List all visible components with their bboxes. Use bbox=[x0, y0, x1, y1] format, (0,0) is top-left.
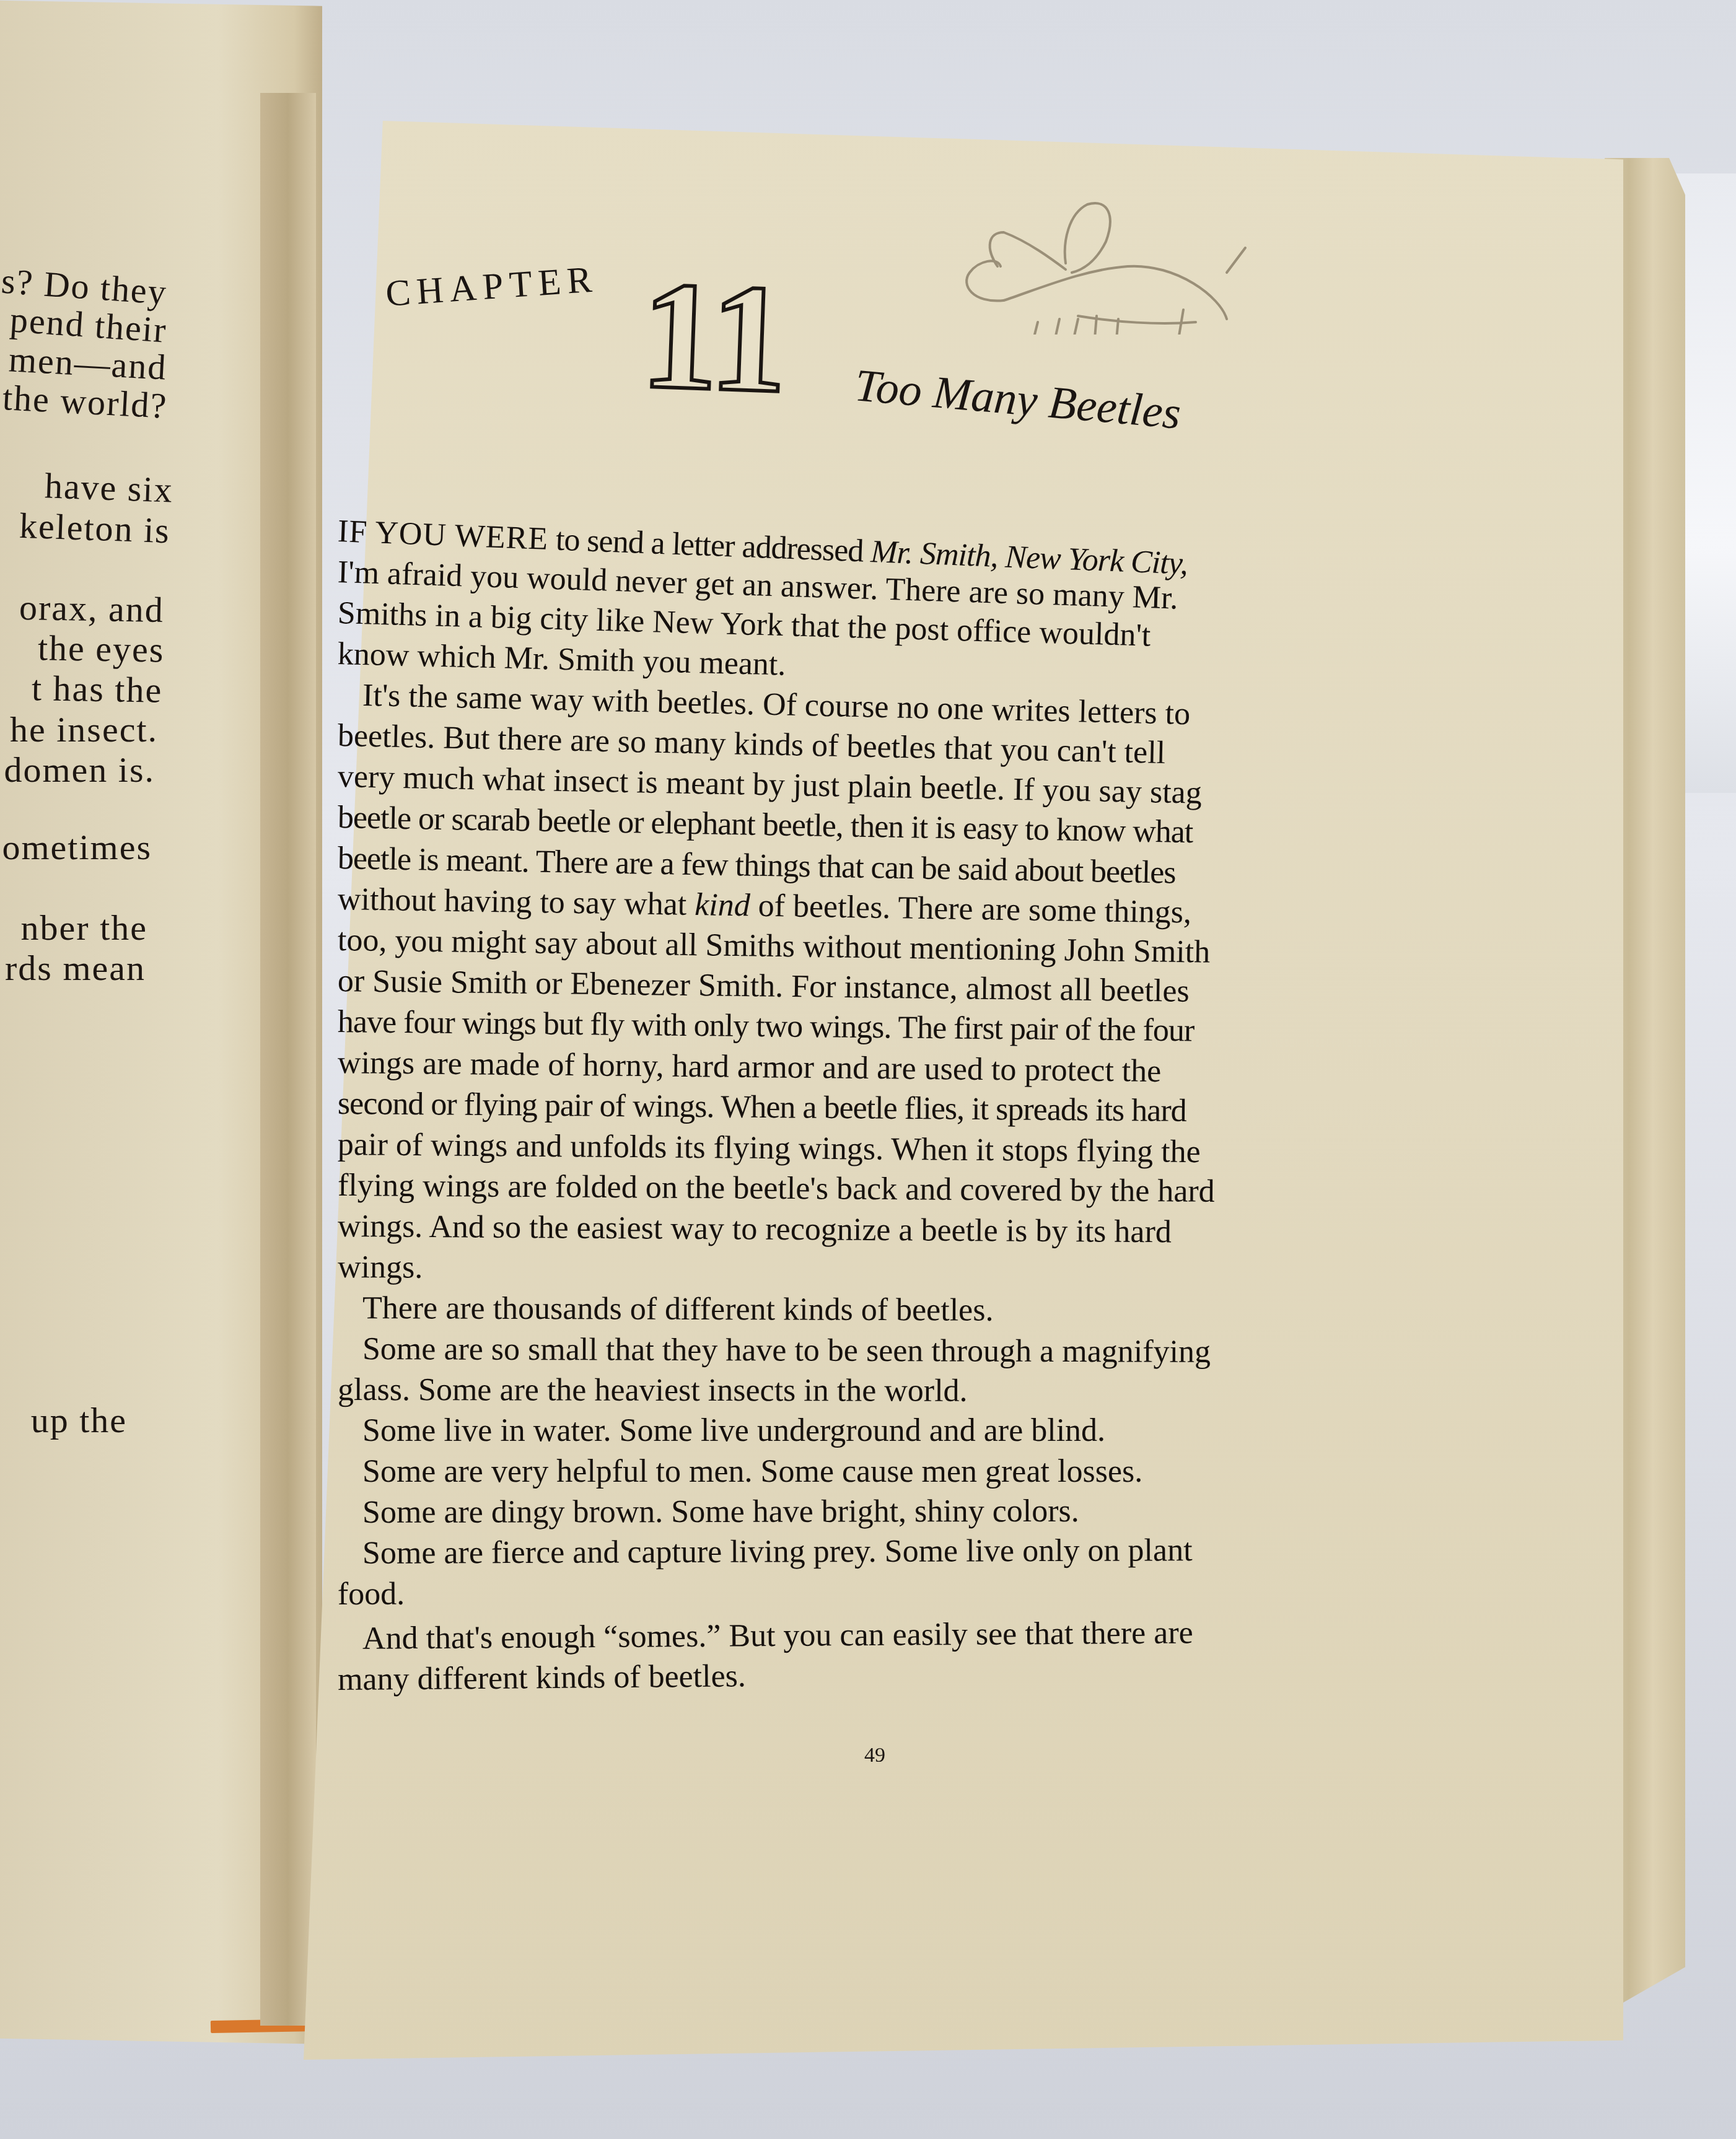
left-line: t has the bbox=[31, 668, 162, 711]
text-line: food. bbox=[338, 1570, 1385, 1615]
text-line: wings. And so the easiest way to recogni… bbox=[338, 1206, 1385, 1254]
left-line: ometimes bbox=[2, 827, 152, 868]
left-line: the eyes bbox=[37, 628, 165, 671]
text-line: Some are fierce and capture living prey.… bbox=[338, 1529, 1385, 1574]
left-line: nber the bbox=[21, 908, 147, 948]
text-line: glass. Some are the heaviest insects in … bbox=[338, 1370, 1385, 1412]
text-line: There are thousands of different kinds o… bbox=[338, 1288, 1385, 1332]
left-line: the world? bbox=[1, 377, 169, 427]
page-number: 49 bbox=[864, 1744, 885, 1767]
italic-kind: kind bbox=[695, 887, 750, 923]
left-line: rds mean bbox=[5, 948, 146, 989]
lead-in-caps: IF YOU WERE bbox=[337, 514, 549, 557]
chapter-body-text: IF YOU WERE to send a letter addressed M… bbox=[338, 511, 1385, 1700]
left-line: orax, and bbox=[19, 587, 165, 631]
text-line: flying wings are folded on the beetle's … bbox=[338, 1165, 1385, 1214]
left-line: up the bbox=[31, 1400, 127, 1441]
text-line: Some live in water. Some live undergroun… bbox=[338, 1411, 1385, 1451]
chapter-number: 11 bbox=[639, 258, 791, 418]
left-line: keleton is bbox=[19, 505, 171, 551]
text-line: many different kinds of beetles. bbox=[338, 1650, 1385, 1700]
text-line: Some are very helpful to men. Some cause… bbox=[338, 1451, 1385, 1492]
left-line: domen is. bbox=[4, 750, 155, 790]
book-gutter bbox=[260, 93, 316, 2026]
pencil-doodle-insect-icon bbox=[911, 173, 1258, 335]
text-line: Some are dingy brown. Some have bright, … bbox=[338, 1490, 1385, 1533]
text-line: wings. bbox=[338, 1247, 1385, 1293]
left-line: have six bbox=[44, 465, 174, 510]
left-line: he insect. bbox=[10, 709, 158, 750]
text-line: Some are so small that they have to be s… bbox=[338, 1329, 1385, 1373]
